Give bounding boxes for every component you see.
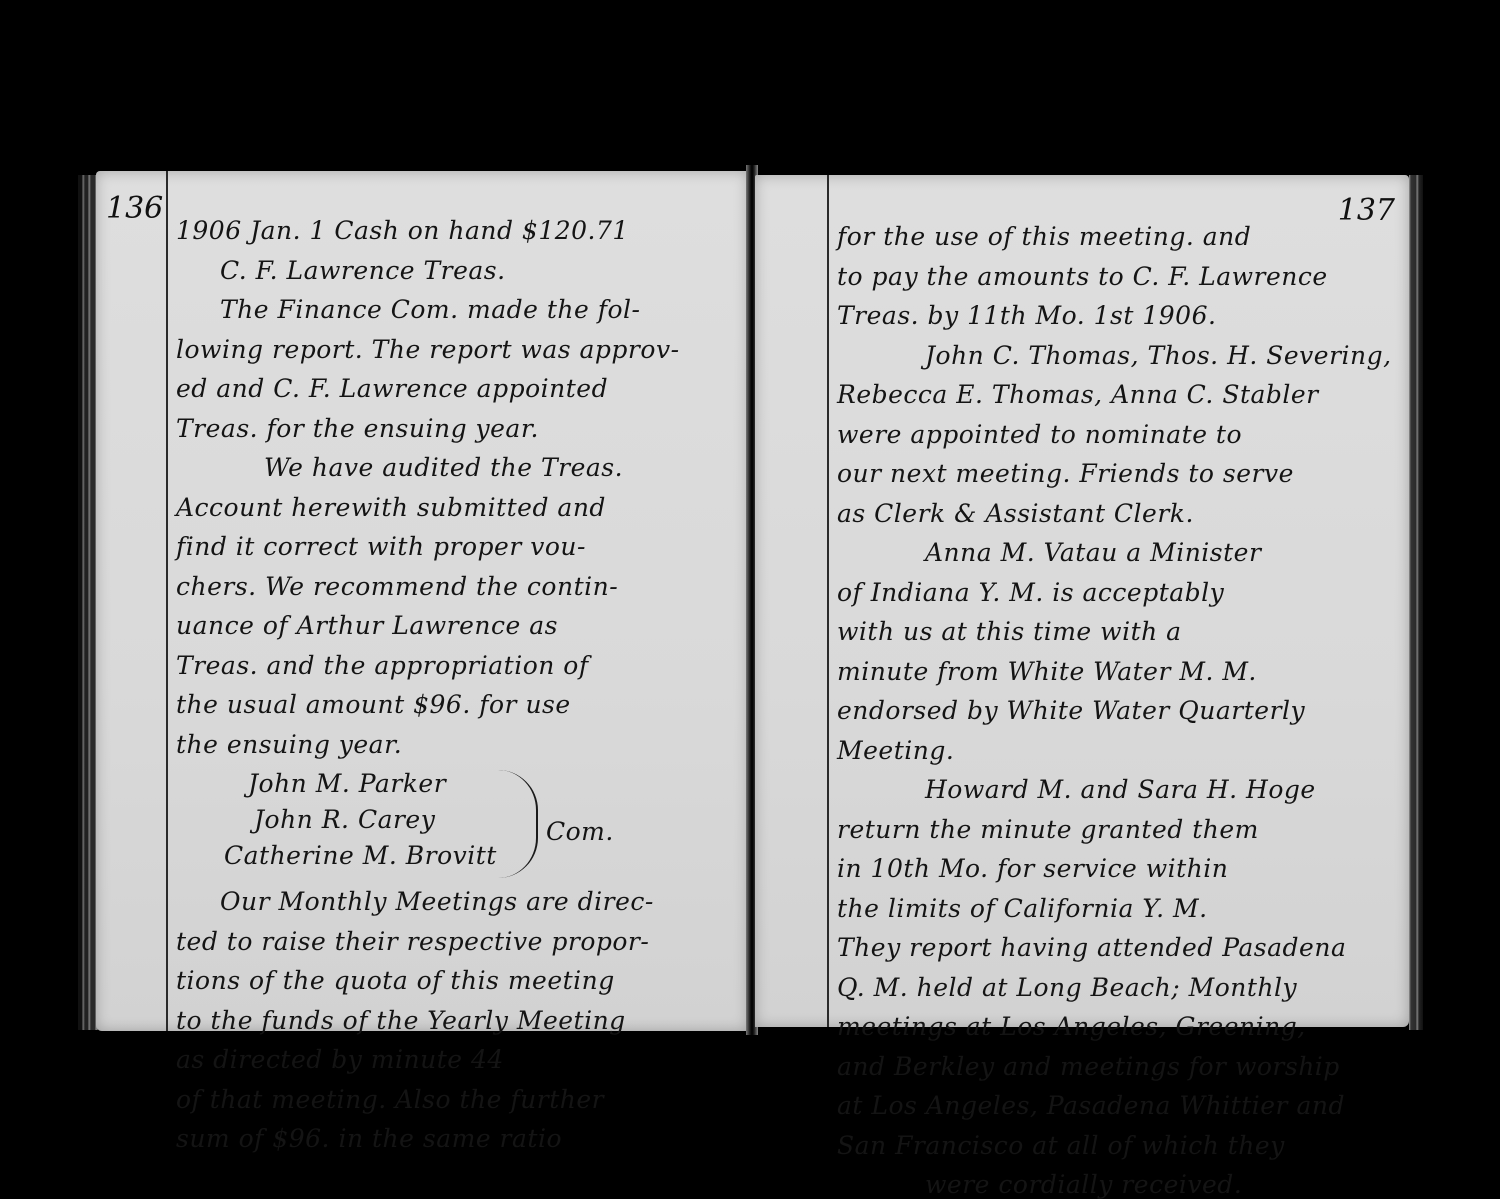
text-line: We have audited the Treas. [176, 448, 741, 488]
text-line: and Berkley and meetings for worship [837, 1047, 1402, 1087]
text-line: for the use of this meeting. and [837, 217, 1402, 257]
text-line: John C. Thomas, Thos. H. Severing, [837, 336, 1402, 376]
text-line: of that meeting. Also the further [176, 1080, 741, 1120]
text-line: ted to raise their respective propor- [176, 922, 741, 962]
signature: Catherine M. Brovitt [224, 836, 497, 876]
text-line: Rebecca E. Thomas, Anna C. Stabler [837, 375, 1402, 415]
text-line: to the funds of the Yearly Meeting [176, 1001, 741, 1041]
text-line: return the minute granted them [837, 810, 1402, 850]
text-line: sum of $96. in the same ratio [176, 1119, 741, 1159]
left-margin-rule [166, 171, 168, 1031]
text-line: chers. We recommend the contin- [176, 567, 741, 607]
text-line: tions of the quota of this meeting [176, 961, 741, 1001]
signature: John M. Parker [248, 764, 446, 804]
text-line: Treas. for the ensuing year. [176, 409, 741, 449]
text-line: lowing report. The report was approv- [176, 330, 741, 370]
text-line: The Finance Com. made the fol- [176, 290, 741, 330]
text-line: Q. M. held at Long Beach; Monthly [837, 968, 1402, 1008]
text-line: our next meeting. Friends to serve [837, 454, 1402, 494]
text-line: Our Monthly Meetings are direc- [176, 882, 741, 922]
signature-brace [476, 770, 538, 878]
text-line: in 10th Mo. for service within [837, 849, 1402, 889]
right-margin-rule [827, 175, 829, 1027]
text-line: find it correct with proper vou- [176, 527, 741, 567]
text-line: Account herewith submitted and [176, 488, 741, 528]
text-line: the usual amount $96. for use [176, 685, 741, 725]
right-page-text: for the use of this meeting. and to pay … [837, 217, 1402, 1199]
committee-label: Com. [546, 812, 614, 852]
text-line: were cordially received. [837, 1165, 1402, 1199]
text-line: They report having attended Pasadena [837, 928, 1402, 968]
text-line: minute from White Water M. M. [837, 652, 1402, 692]
text-line: at Los Angeles, Pasadena Whittier and [837, 1086, 1402, 1126]
text-line: of Indiana Y. M. is acceptably [837, 573, 1402, 613]
text-line: to pay the amounts to C. F. Lawrence [837, 257, 1402, 297]
text-line: the ensuing year. [176, 725, 741, 765]
signature: John R. Carey [254, 800, 435, 840]
text-line: Treas. by 11th Mo. 1st 1906. [837, 296, 1402, 336]
right-page: 137 for the use of this meeting. and to … [755, 175, 1409, 1027]
book-binding-right-edge [1409, 175, 1423, 1030]
committee-signatures: John M. Parker John R. Carey Catherine M… [176, 764, 741, 882]
page-number-left: 136 [106, 191, 163, 226]
book-binding-left-edge [78, 175, 98, 1030]
text-line: Treas. and the appropriation of [176, 646, 741, 686]
left-page-text: 1906 Jan. 1 Cash on hand $120.71 C. F. L… [176, 211, 741, 1159]
text-line: endorsed by White Water Quarterly [837, 691, 1402, 731]
text-line: uance of Arthur Lawrence as [176, 606, 741, 646]
text-line: were appointed to nominate to [837, 415, 1402, 455]
text-line: with us at this time with a [837, 612, 1402, 652]
text-line: C. F. Lawrence Treas. [176, 251, 741, 291]
text-line: as directed by minute 44 [176, 1040, 741, 1080]
text-line: San Francisco at all of which they [837, 1126, 1402, 1166]
text-line: meetings at Los Angeles, Greening, [837, 1007, 1402, 1047]
left-page: 136 1906 Jan. 1 Cash on hand $120.71 C. … [96, 171, 748, 1031]
text-line: 1906 Jan. 1 Cash on hand $120.71 [176, 211, 741, 251]
text-line: the limits of California Y. M. [837, 889, 1402, 929]
text-line: Howard M. and Sara H. Hoge [837, 770, 1402, 810]
text-line: as Clerk & Assistant Clerk. [837, 494, 1402, 534]
text-line: Anna M. Vatau a Minister [837, 533, 1402, 573]
text-line: Meeting. [837, 731, 1402, 771]
open-ledger-book: 136 1906 Jan. 1 Cash on hand $120.71 C. … [78, 165, 1423, 1035]
text-line: ed and C. F. Lawrence appointed [176, 369, 741, 409]
